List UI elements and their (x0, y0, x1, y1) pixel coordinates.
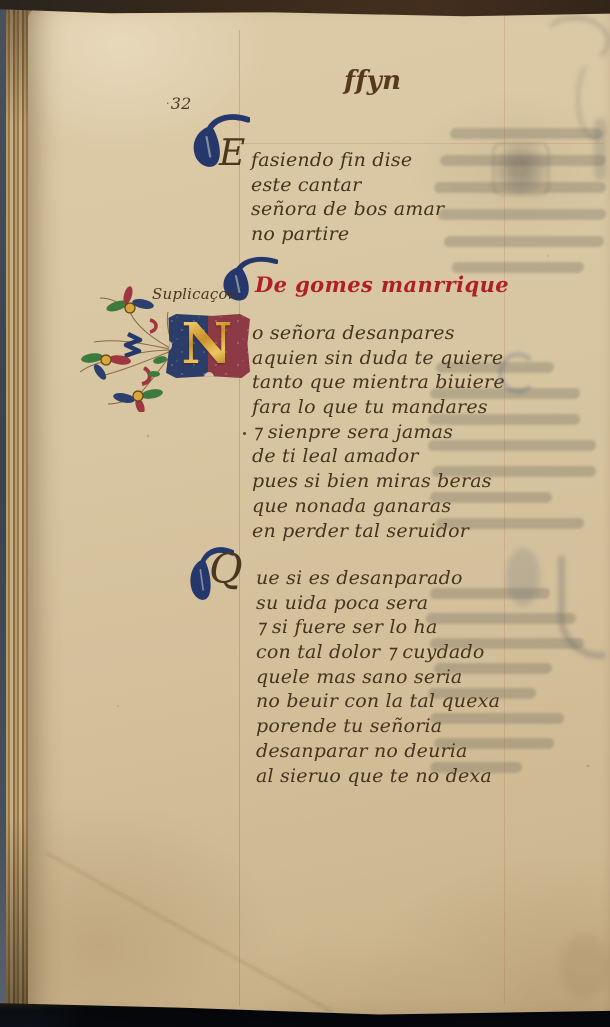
text-line: que nonada ganaras (252, 495, 505, 520)
text-line: no beuir con la tal quexa (256, 690, 500, 715)
folio-flourish: · (166, 97, 170, 110)
fin-stanza: fasiendo fin dise este cantar señora de … (251, 149, 444, 248)
stanza-two: ue si es desanparado su uida poca sera ⁊… (256, 567, 500, 789)
line-dot-marker (243, 432, 246, 435)
header-ruling-line (240, 143, 604, 144)
text-line: ⁊ si fuere ser lo ha (256, 616, 500, 641)
text-line: desanparar no deuria (256, 740, 500, 765)
rubric-author: De gomes manrrique (255, 272, 509, 297)
text-line: quele mas sano seria (256, 666, 500, 691)
text-line: aquien sin duda te quiere (252, 347, 505, 372)
text-line: tanto que mientra biuiere (252, 371, 505, 396)
running-header: ffyn (344, 66, 401, 96)
text-line: pues si bien miras beras (252, 470, 505, 495)
stanza-initial-q: Q (209, 549, 243, 590)
text-line: porende tu señoria (256, 715, 500, 740)
stanza-suplicacion: o señora desanpares aquien sin duda te q… (252, 322, 505, 544)
text-line: fara lo que tu mandares (252, 396, 505, 421)
left-ruling-line (239, 30, 240, 1006)
text-line: este cantar (251, 174, 444, 199)
text-line: señora de bos amar (251, 198, 444, 223)
text-line: su uida poca sera (256, 592, 500, 617)
text-line: o señora desanpares (252, 322, 505, 347)
text-line: ue si es desanparado (256, 567, 500, 592)
text-line: al sieruo que te no dexa (256, 765, 500, 790)
text-line: de ti leal amador (252, 445, 505, 470)
text-line: en perder tal seruidor (252, 520, 505, 545)
stanza-initial-e: E (219, 136, 245, 172)
folio-number: ·32 (166, 94, 191, 113)
illuminated-initial-n: N (166, 314, 250, 378)
initial-letter: N (181, 316, 232, 372)
text-line: ⁊ sienpre sera jamas (252, 421, 505, 446)
text-line: fasiendo fin dise (251, 149, 444, 174)
manuscript-photo: ·32 ffyn E fasiendo fin dise este cantar… (0, 0, 610, 1027)
text-line: con tal dolor ⁊ cuydado (256, 641, 500, 666)
text-line: no partire (251, 223, 444, 248)
